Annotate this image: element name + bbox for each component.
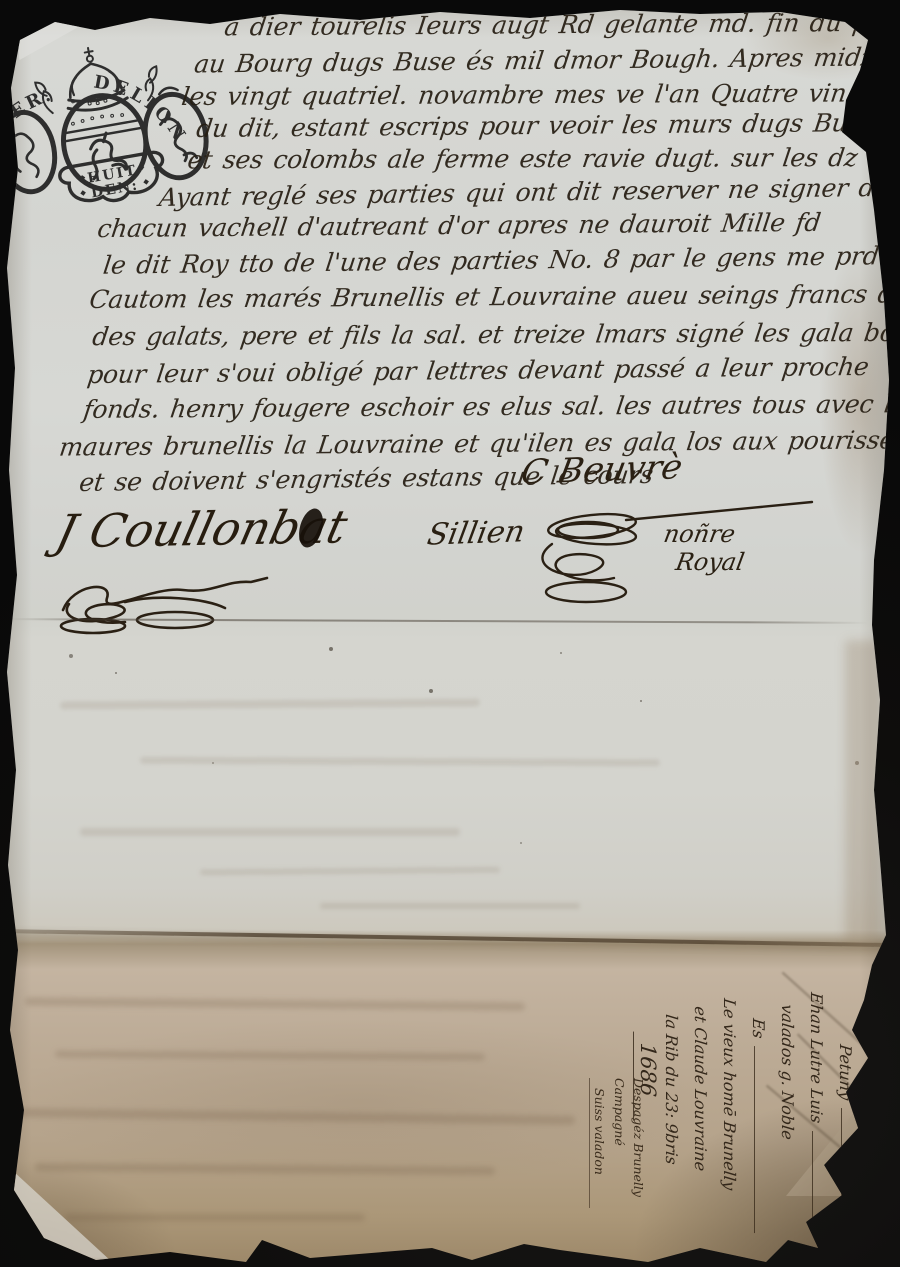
endorsement-line: et Claude Louvraine: [691, 973, 720, 1241]
fold-crease-upper: [10, 618, 868, 624]
paper-streak: [55, 1050, 485, 1060]
corner-fold-bottom-left: [0, 1150, 112, 1262]
endorsement-line: Es: [749, 973, 778, 1241]
paper-streak: [65, 1214, 365, 1221]
endorsement-line: Le vieux homē Brunelly: [720, 973, 749, 1241]
endorsement-line: Petuny: [836, 973, 865, 1241]
manuscript-line: des galats, pere et fils la sal. et trei…: [91, 320, 900, 349]
manuscript-line: Ayant reglé ses parties qui ont dit rese…: [158, 173, 900, 210]
manuscript-line: du dit, estant escrips pour veoir les mu…: [195, 110, 878, 141]
ghost-writing: [200, 867, 500, 876]
ghost-writing: [320, 903, 580, 909]
manuscript-line: et ses colombs ale ferme este ravie dugt…: [186, 145, 900, 173]
manuscript-line: a dier tourelis Ieurs augt Rd gelante md…: [223, 10, 900, 40]
document-photo: NER. DELION HUIT DEN: a dier tourelis Ie…: [0, 0, 900, 1267]
signature-beuvre: C Beuvrè: [518, 447, 686, 493]
endorsement-block: Petuny Ehan Lutre Luis valados g. Noble …: [630, 975, 865, 1240]
ink-specks: [0, 0, 2, 2]
notary-title-word1: noñre: [662, 520, 738, 548]
ghost-writing: [60, 699, 480, 710]
side-note-line: Suiss valadon: [589, 1078, 609, 1208]
paper-streak: [35, 1163, 495, 1175]
paper-streak: [25, 997, 525, 1010]
paper-streak: [15, 1108, 575, 1125]
manuscript-line: Cautom les marés Brunellis et Louvraine …: [88, 281, 900, 312]
manuscript-line: fonds. henry fougere eschoir es elus sal…: [82, 391, 900, 422]
edge-smudge: [845, 640, 879, 940]
ghost-writing: [140, 757, 660, 767]
paper-sheet: NER. DELION HUIT DEN: a dier tourelis Ie…: [0, 0, 900, 1267]
manuscript-line: le dit Roy tto de l'une des parties No. …: [102, 243, 881, 277]
endorsement-line: valados g. Noble: [778, 973, 807, 1241]
manuscript-line: les vingt quatriel. novambre mes ve l'an…: [180, 80, 900, 109]
endorsement-line: la Rib du 23: 9bris: [662, 973, 691, 1241]
fold-crease-lower: [0, 929, 888, 947]
manuscript-line: pour leur s'oui obligé par lettres devan…: [86, 354, 871, 387]
side-note-line: Despagéz Brunelly Campagné: [609, 1078, 648, 1262]
endorsement-side-note: Despagéz Brunelly Campagné Suiss valadon: [600, 1078, 648, 1262]
notary-title-word2: Royal: [674, 548, 747, 576]
signature-knot-flourish: [530, 500, 820, 610]
ghost-writing: [80, 828, 460, 836]
signature-sillien: Sillien: [425, 514, 528, 552]
paraph-flourish: [55, 574, 275, 636]
manuscript-line: maures brunellis la Louvraine et qu'ilen…: [58, 427, 896, 459]
manuscript-line: chacun vachell d'autreant d'or apres ne …: [96, 210, 822, 241]
manuscript-line: au Bourg dugs Buse és mil dmor Bough. Ap…: [193, 44, 876, 76]
endorsement-line: Ehan Lutre Luis: [807, 973, 836, 1241]
